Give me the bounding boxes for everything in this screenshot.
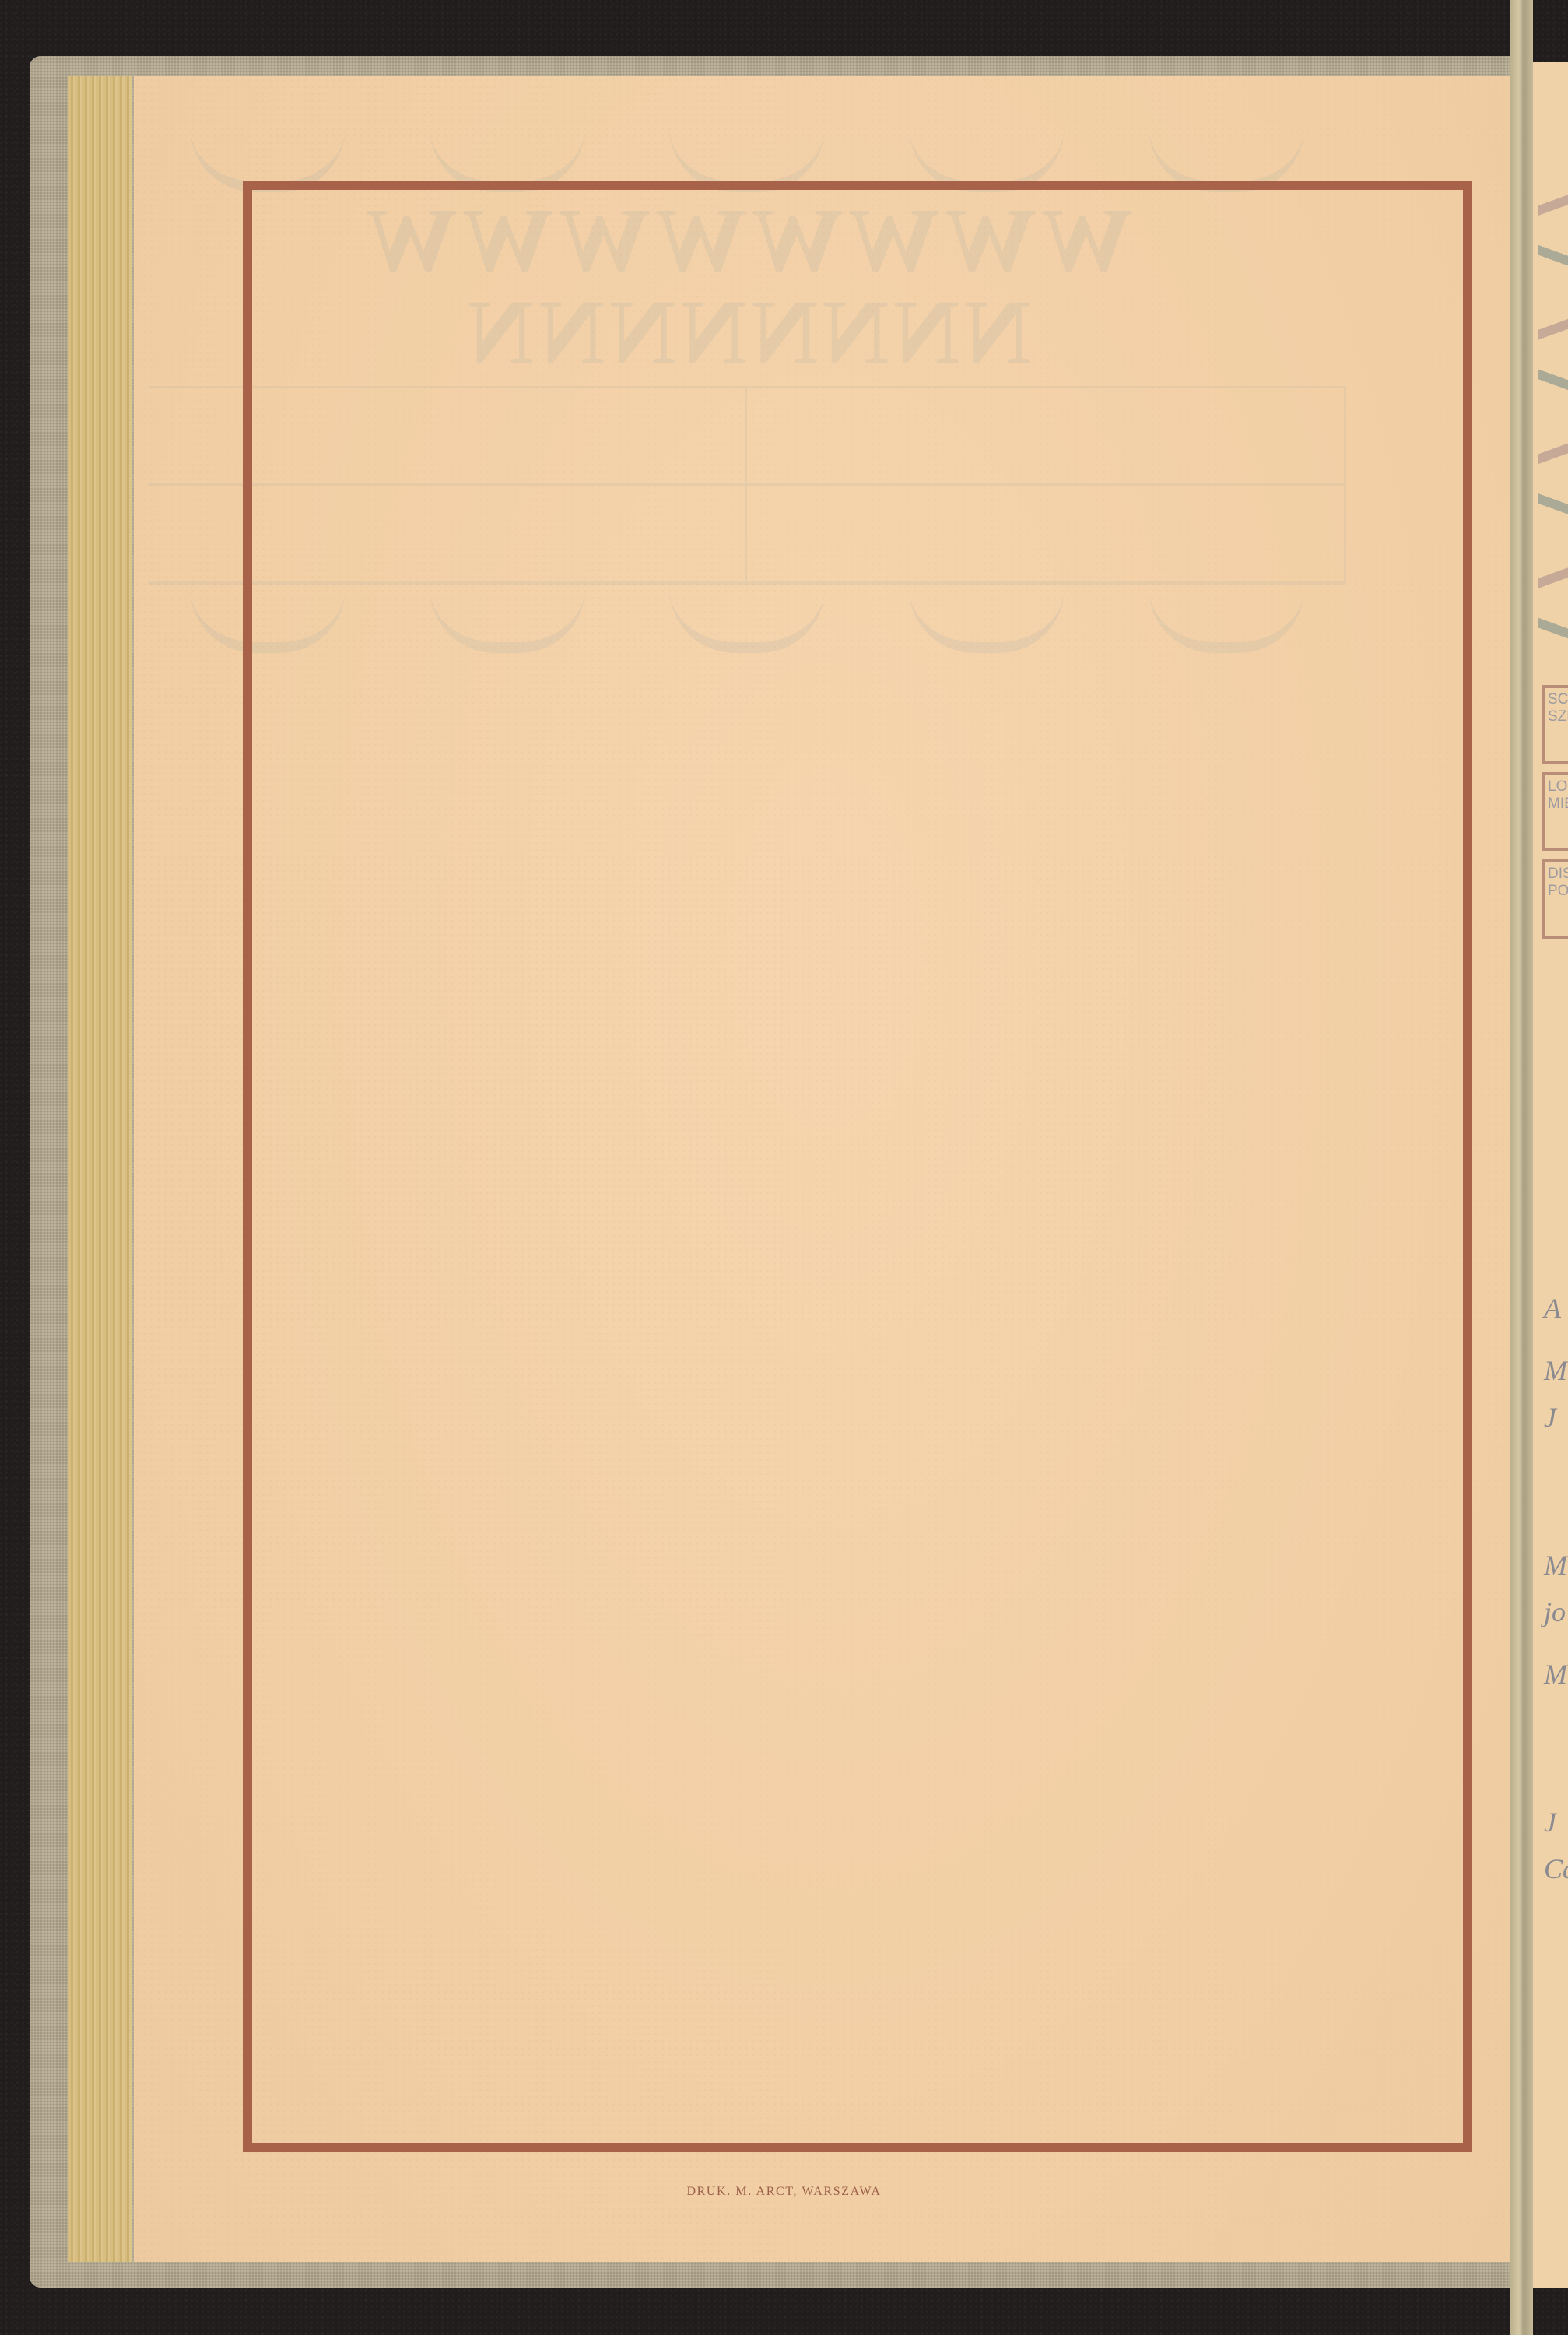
handwriting: J <box>1544 1806 1556 1838</box>
next-page-edge: SCHO SZKO LOCA MIEJS DISTR POW A M J M j… <box>1533 62 1568 2288</box>
handwriting: A <box>1544 1292 1561 1325</box>
handwriting: J <box>1544 1401 1556 1434</box>
handwriting: jo <box>1544 1596 1566 1628</box>
handwriting: M <box>1544 1549 1567 1582</box>
handwriting: M <box>1544 1354 1567 1387</box>
handwriting: Mi <box>1544 1658 1568 1691</box>
book-spine-gutter <box>1510 0 1533 2335</box>
next-page-label-school: SCHO SZKO <box>1542 685 1568 764</box>
next-page-ornament <box>1538 148 1568 677</box>
printer-imprint: DRUK. M. ARCT, WARSZAWA <box>0 2185 1568 2199</box>
page-edges <box>68 76 132 2262</box>
next-page-label-locality: LOCA MIEJS <box>1542 772 1568 851</box>
next-page-label-boxes: SCHO SZKO LOCA MIEJS DISTR POW <box>1542 685 1568 946</box>
next-page-label-district: DISTR POW <box>1542 859 1568 939</box>
page-border-frame <box>243 181 1472 2152</box>
handwriting: Ca <box>1544 1852 1568 1885</box>
